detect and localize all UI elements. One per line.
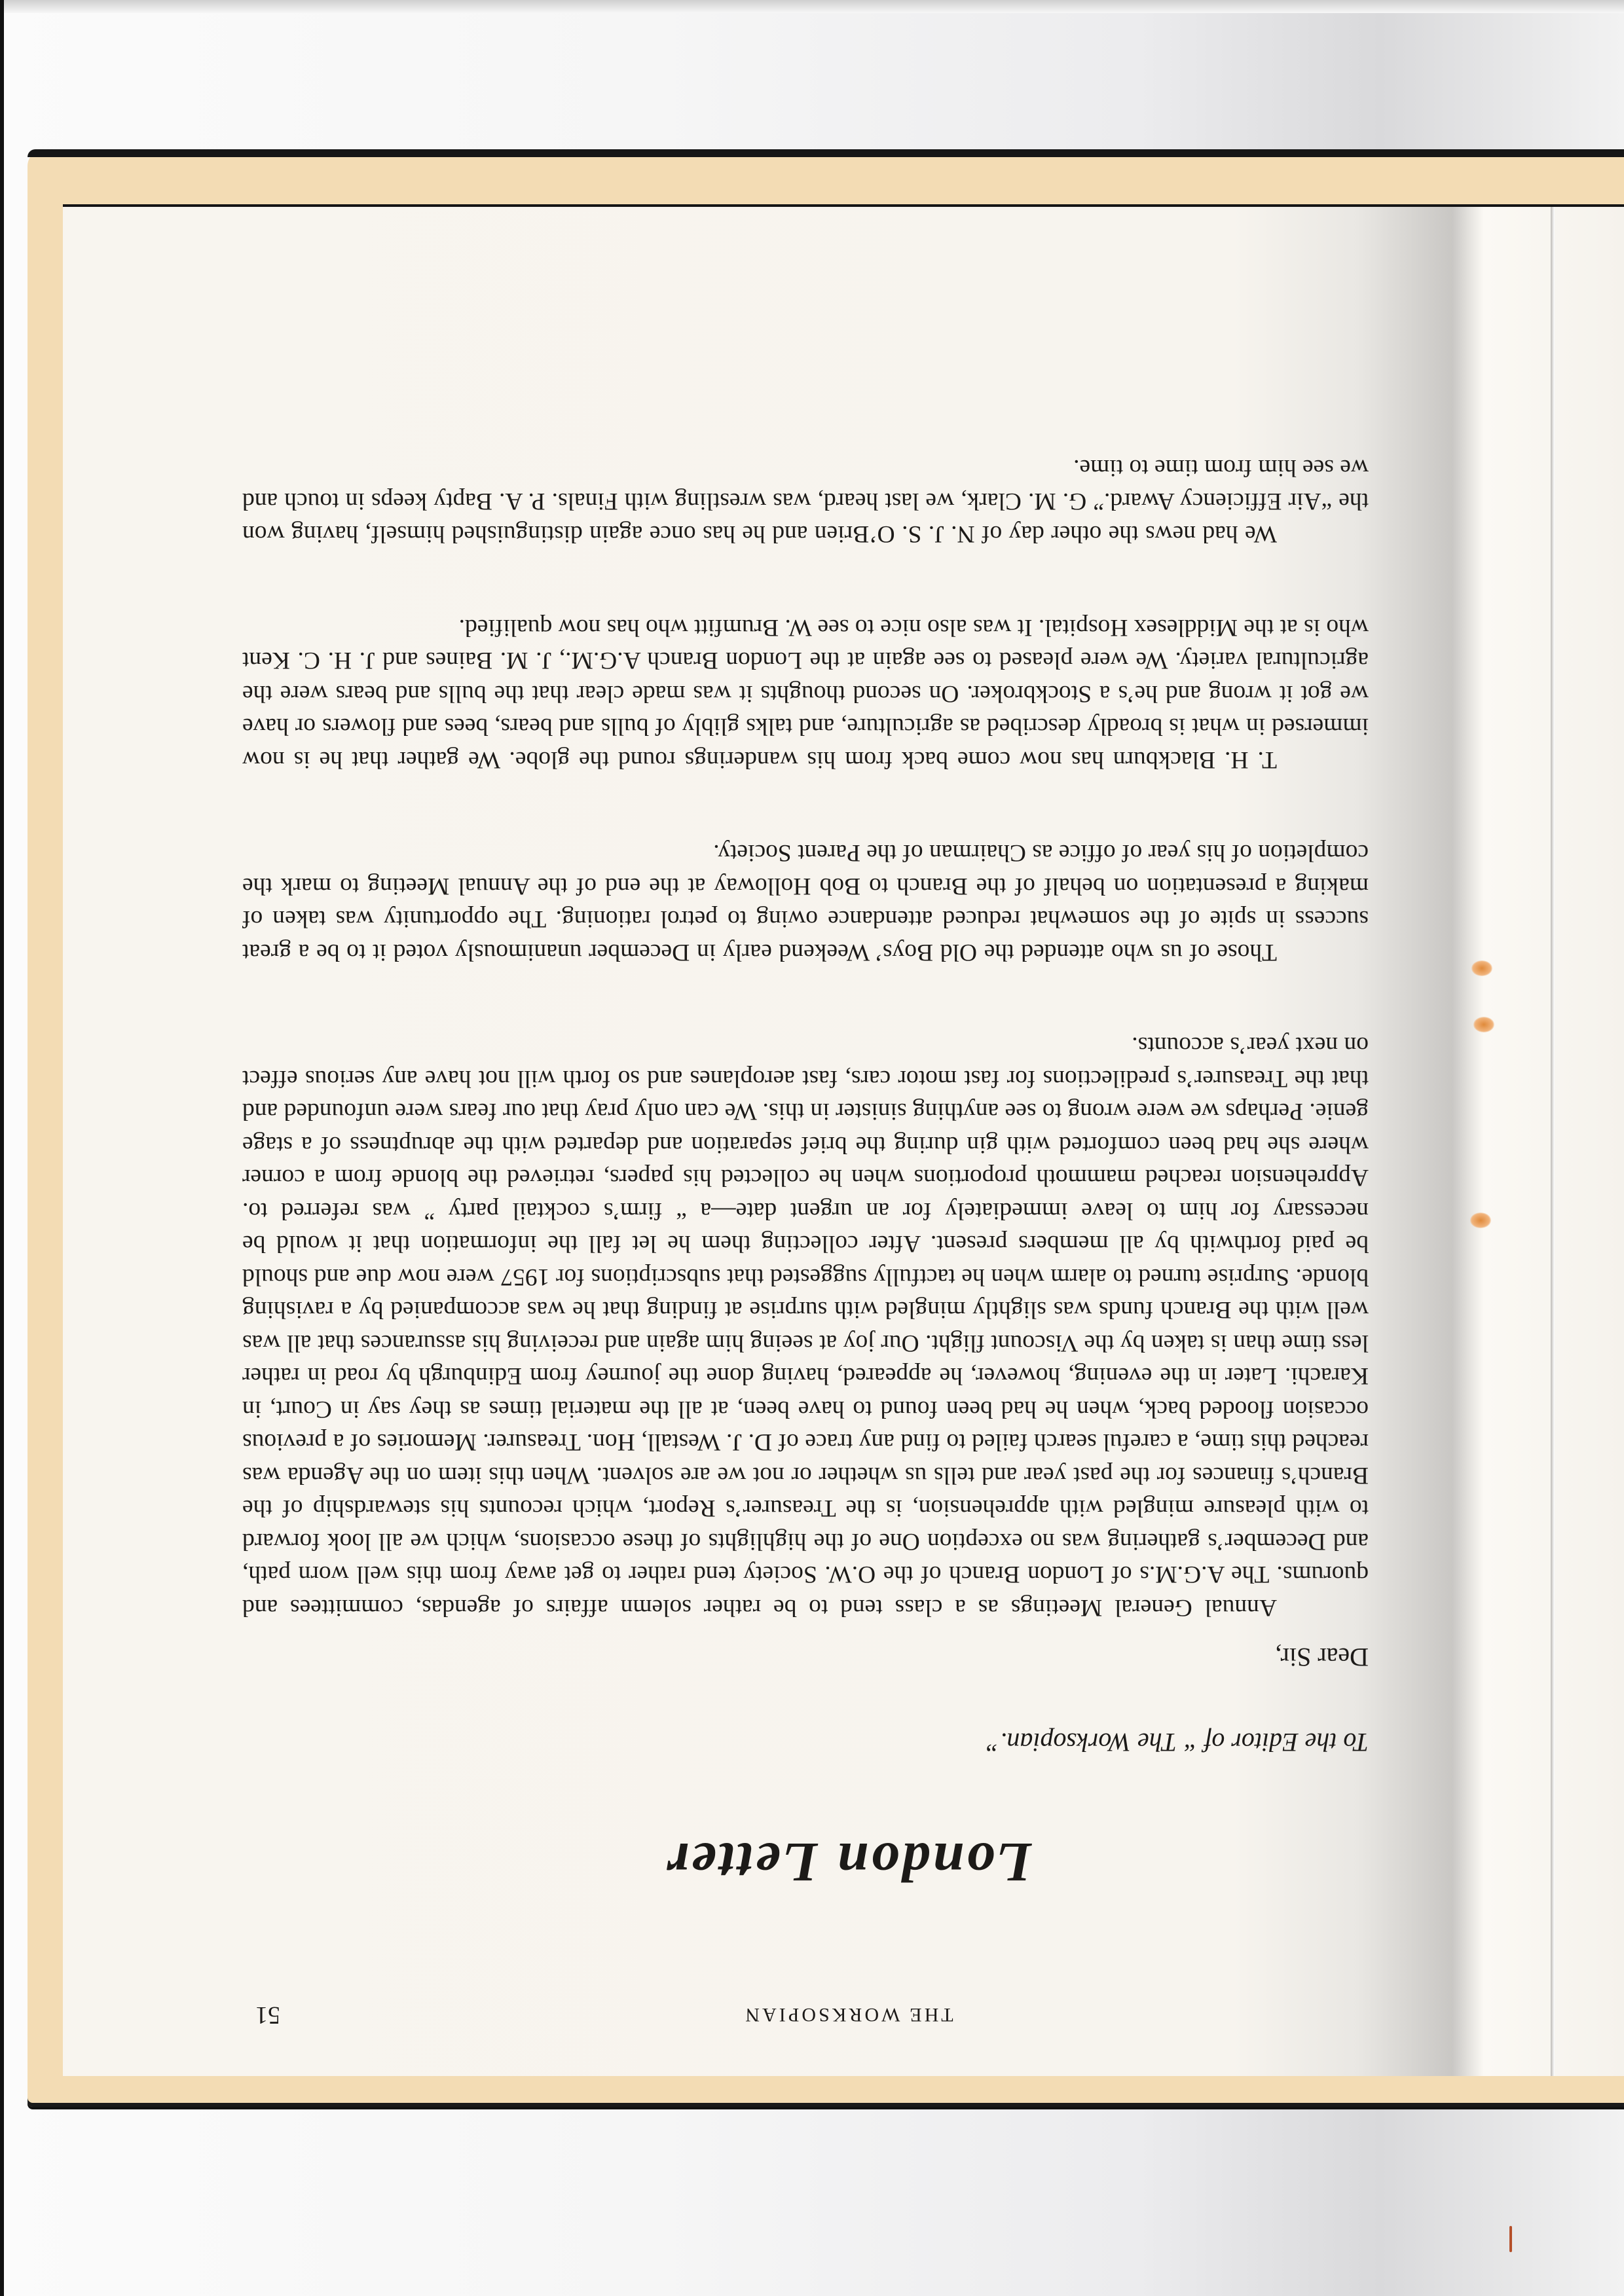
paragraph: We had news the other day of N. J. S. O’… xyxy=(242,451,1369,551)
rust-stain xyxy=(1470,1212,1491,1228)
rust-stain xyxy=(1473,1017,1494,1032)
page-content-upside-down: THE WORKSOPIAN 51 London Letter To the E… xyxy=(229,419,1467,2030)
paragraph: Annual General Meetings as a class tend … xyxy=(242,1029,1369,1624)
scanner-left-edge xyxy=(0,0,4,2296)
addressee-line: To the Editor of “ The Worksopian.” xyxy=(986,1727,1369,1758)
article-title: London Letter xyxy=(229,1830,1467,1895)
page-number: 51 xyxy=(255,2001,280,2030)
letter-body: Annual General Meetings as a class tend … xyxy=(242,391,1369,1624)
scanner-top-shadow xyxy=(0,0,1624,13)
paragraph: Those of us who attended the Old Boys’ W… xyxy=(242,836,1369,968)
journal-name: THE WORKSOPIAN xyxy=(229,2003,1467,2026)
running-head: THE WORKSOPIAN 51 xyxy=(229,1990,1467,2030)
salutation: Dear Sir, xyxy=(1275,1642,1369,1673)
page-gutter-fold xyxy=(1551,207,1555,2076)
rust-mark xyxy=(1509,2226,1512,2252)
rust-stain xyxy=(1471,960,1492,976)
paragraph: T. H. Blackburn has now come back from h… xyxy=(242,611,1369,776)
